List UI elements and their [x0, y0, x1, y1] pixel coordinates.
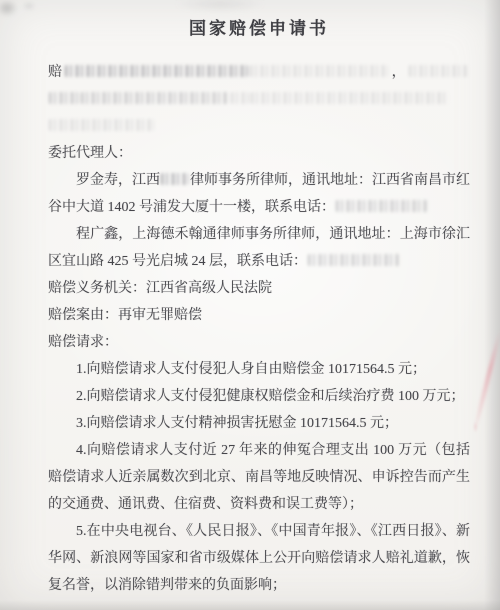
redacted-run [49, 92, 79, 104]
redacted-run [336, 200, 428, 212]
agents-label: 委托代理人： [48, 140, 470, 167]
text-run: 1.向赔偿请求人支付侵犯人身自由赔偿金 10171564.5 元； [76, 362, 426, 377]
case-cause: 赔偿案由：再审无罪赔偿 [48, 302, 470, 329]
agent-1: 罗金寿，江西律师事务所律师，通讯地址：江西省南昌市红谷中大道 1402 号浦发大… [48, 167, 470, 221]
text-run: 赔偿义务机关：江西省高级人民法院 [48, 281, 272, 296]
text-run: 赔 [48, 65, 64, 80]
text-run: 赔偿请求： [48, 335, 118, 350]
text-run: 4.向赔偿请求人支付近 27 年来的伸冤合理支出 100 万元（包括赔偿请求人近… [48, 443, 470, 512]
redacted-run [231, 92, 249, 104]
claims-label: 赔偿请求： [48, 329, 470, 356]
text-run: 委托代理人： [48, 146, 132, 161]
redacted-run [409, 65, 469, 77]
redacted-run [308, 254, 400, 266]
page-title: 国家赔偿申请书 [48, 16, 470, 42]
redacted-run [161, 173, 189, 185]
text-run: 程广鑫，上海德禾翰通律师事务所律师，通讯地址：上海市徐汇区宜山路 425 号光启… [48, 227, 470, 269]
document-body: 国家赔偿申请书 赔，委托代理人：罗金寿，江西律师事务所律师，通讯地址：江西省南昌… [0, 0, 500, 599]
text-run: ， [389, 65, 408, 80]
text-run: 罗金寿，江西 [76, 173, 160, 188]
claim-4: 4.向赔偿请求人支付近 27 年来的伸冤合理支出 100 万元（包括赔偿请求人近… [48, 437, 470, 518]
text-run: 3.向赔偿请求人支付精神损害抚慰金 10171564.5 元； [76, 416, 398, 431]
claim-2: 2.向赔偿请求人支付侵犯健康权赔偿金和后续治疗费 100 万元； [48, 383, 470, 410]
redacted-run [49, 119, 154, 131]
obligated-organ: 赔偿义务机关：江西省高级人民法院 [48, 275, 470, 302]
claim-1: 1.向赔偿请求人支付侵犯人身自由赔偿金 10171564.5 元； [48, 356, 470, 383]
redacted-run [250, 65, 388, 77]
agent-2: 程广鑫，上海德禾翰通律师事务所律师，通讯地址：上海市徐汇区宜山路 425 号光启… [48, 221, 470, 275]
doc-paragraphs: 赔，委托代理人：罗金寿，江西律师事务所律师，通讯地址：江西省南昌市红谷中大道 1… [48, 59, 470, 599]
applicant-redacted-paragraph: 赔， [48, 59, 470, 140]
scan-shadow-bottom-edge [0, 600, 500, 610]
redacted-run [81, 92, 229, 104]
document-page: 国家赔偿申请书 赔，委托代理人：罗金寿，江西律师事务所律师，通讯地址：江西省南昌… [0, 0, 500, 610]
redacted-run [65, 65, 248, 77]
text-run: 赔偿案由：再审无罪赔偿 [48, 308, 202, 323]
claim-5: 5.在中央电视台、《人民日报》、《中国青年报》、《江西日报》、新华网、新浪网等国… [48, 518, 470, 599]
redacted-run [251, 92, 449, 104]
text-run: 2.向赔偿请求人支付侵犯健康权赔偿金和后续治疗费 100 万元； [76, 389, 465, 404]
text-run: 5.在中央电视台、《人民日报》、《中国青年报》、《江西日报》、新华网、新浪网等国… [48, 524, 470, 593]
claim-3: 3.向赔偿请求人支付精神损害抚慰金 10171564.5 元； [48, 410, 470, 437]
